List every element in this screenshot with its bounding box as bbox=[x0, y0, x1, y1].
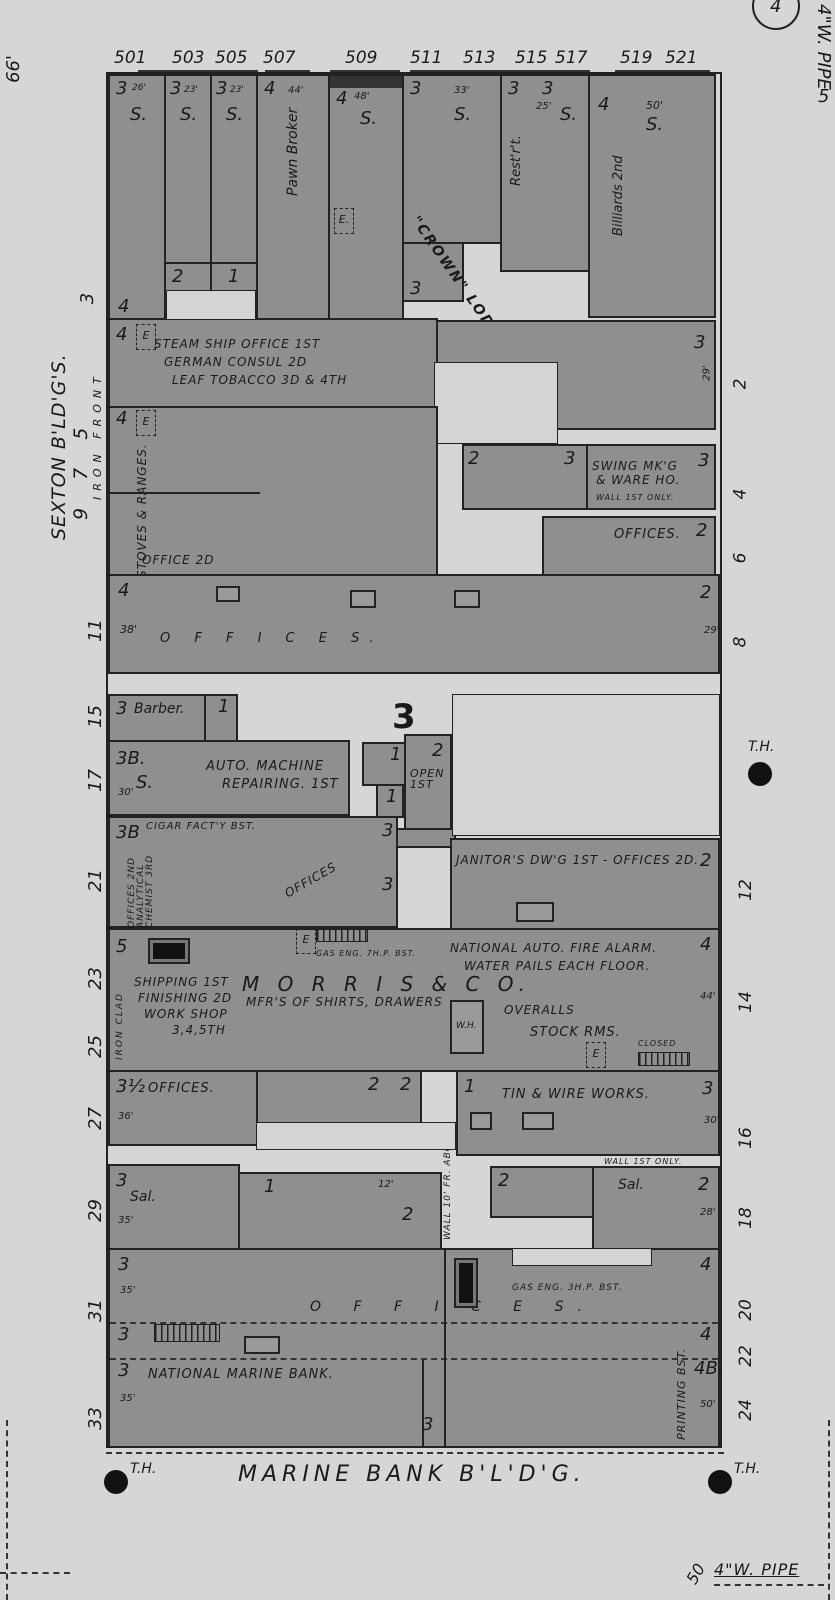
address-507: 507 bbox=[263, 48, 295, 68]
side-number-20: 20 bbox=[736, 1299, 756, 1321]
building-501: 3 26' S. 4 bbox=[108, 74, 166, 320]
building-auto-repairing: 3B. 30' S. AUTO. MACHINE REPAIRING. 1ST bbox=[108, 740, 350, 816]
bottom-right-pipe-label: 4"W. PIPE bbox=[714, 1562, 799, 1578]
iron-front-note: IRON FRONT bbox=[92, 371, 103, 500]
side-number-16: 16 bbox=[736, 1127, 756, 1149]
building-515-restaurant: 3 3 25' S. Rest'r't. bbox=[500, 74, 590, 272]
building-rear-2: 2 bbox=[490, 1166, 594, 1218]
building-offices-27: 3½ OFFICES. 36' bbox=[108, 1070, 258, 1146]
building-morris-and-co: 5 IRON CLAD SHIPPING 1ST FINISHING 2D WO… bbox=[108, 928, 720, 1072]
hydrant-bottom-left bbox=[104, 1470, 128, 1494]
building-tin-wire-works: 1 TIN & WIRE WORKS. 3 30' bbox=[456, 1070, 720, 1156]
right-margin-pipe bbox=[828, 1420, 830, 1600]
courtyard-passage-27 bbox=[256, 1122, 456, 1150]
building-saloon-left: 3 Sal. 35' bbox=[108, 1164, 240, 1250]
building-offices-27-rear: 2 2 bbox=[256, 1070, 422, 1124]
address-521: 521 bbox=[665, 48, 697, 68]
address-513: 513 bbox=[463, 48, 495, 68]
building-open: 2 OPEN 1ST bbox=[404, 734, 452, 834]
side-number-2: 2 bbox=[730, 379, 750, 390]
side-number-11: 11 bbox=[85, 619, 106, 642]
address-509: 509 bbox=[345, 48, 377, 68]
side-number-21: 21 bbox=[85, 869, 106, 892]
building-barber: 3 Barber. bbox=[108, 694, 206, 742]
hydrant-label-bottom-left: T.H. bbox=[130, 1462, 156, 1476]
building-stoves-ranges: 4 E STOVES & RANGES. OFFICE 2D bbox=[108, 406, 438, 576]
bottom-right-dimension: 50 bbox=[684, 1561, 708, 1587]
side-number-3: 3 bbox=[77, 293, 98, 304]
side-number-14: 14 bbox=[736, 991, 756, 1013]
side-number-8: 8 bbox=[730, 637, 750, 648]
side-number-4: 4 bbox=[730, 489, 750, 500]
building-swing-side: 2 3 bbox=[462, 444, 588, 510]
building-saloon-right: Sal. 2 28' bbox=[592, 1166, 720, 1250]
top-left-dimension: 66' bbox=[5, 55, 23, 83]
address-501: 501 bbox=[114, 48, 146, 68]
top-right-pipe-label: 4"W. PIPE bbox=[814, 4, 832, 90]
building-offices-11: 4 38' O F F I C E S. 2 29' bbox=[108, 574, 720, 674]
building-barber-rear: 1 bbox=[204, 694, 238, 742]
wall-first-only-note: WALL 1ST ONLY. bbox=[604, 1158, 682, 1166]
yard-bank-rear bbox=[512, 1248, 652, 1266]
left-street-numbers: 9 7 5 bbox=[72, 428, 91, 520]
building-small-1b: 1 bbox=[376, 784, 404, 818]
building-saloon-mid: 1 12' 2 bbox=[238, 1172, 442, 1250]
bottom-left-pipe-line bbox=[0, 1572, 70, 1574]
side-number-12: 12 bbox=[736, 879, 756, 901]
side-number-25: 25 bbox=[85, 1035, 106, 1058]
building-cigar-rear bbox=[396, 828, 456, 848]
bottom-sidewalk-line bbox=[106, 1452, 724, 1454]
address-511: 511 bbox=[410, 48, 442, 68]
left-street-name: SEXTON B'LD'G'S. bbox=[50, 353, 69, 540]
building-507-pawn-broker: 4 44' Pawn Broker bbox=[256, 74, 330, 320]
side-number-27: 27 bbox=[85, 1107, 106, 1130]
bottom-street-title: MARINE BANK B'L'D'G. bbox=[238, 1464, 586, 1486]
hydrant-label-right-middle: T.H. bbox=[748, 740, 774, 754]
side-number-33: 33 bbox=[85, 1407, 106, 1430]
building-505-rear: 1 bbox=[210, 262, 258, 292]
side-number-29: 29 bbox=[85, 1199, 106, 1222]
block-number: 3 bbox=[392, 700, 416, 734]
hydrant-right-middle bbox=[748, 762, 772, 786]
side-number-17: 17 bbox=[85, 769, 106, 792]
side-number-18: 18 bbox=[736, 1207, 756, 1229]
bottom-pipe-line bbox=[714, 1584, 824, 1586]
address-505: 505 bbox=[215, 48, 247, 68]
building-offices-6: 2 OFFICES. bbox=[542, 516, 716, 576]
building-swing-making: 3 SWING MK'G & WARE HO. WALL 1ST ONLY. bbox=[586, 444, 716, 510]
address-515: 515 bbox=[515, 48, 547, 68]
building-bank-offices: 3 35' 3 3 35' O F F I C E S. NATIONAL MA… bbox=[108, 1248, 720, 1448]
courtyard-lodging bbox=[434, 362, 558, 444]
building-509: 4 48' S. E. bbox=[328, 74, 404, 320]
building-503: 3 23' S. bbox=[164, 74, 212, 264]
building-steamship-office: 4 E STEAM SHIP OFFICE 1ST GERMAN CONSUL … bbox=[108, 318, 438, 408]
hydrant-label-bottom-right: T.H. bbox=[734, 1462, 760, 1476]
side-number-15: 15 bbox=[85, 705, 106, 728]
side-number-22: 22 bbox=[736, 1345, 756, 1367]
address-519: 519 bbox=[620, 48, 652, 68]
building-519-billiards: 4 50' S. Billiards 2nd bbox=[588, 74, 716, 318]
sheet-number: 4 bbox=[770, 0, 781, 16]
building-janitor: JANITOR'S DW'G 1ST - OFFICES 2D. 2 bbox=[450, 838, 720, 930]
building-505: 3 23' S. bbox=[210, 74, 258, 264]
building-small-1: 1 bbox=[362, 742, 406, 786]
side-number-23: 23 bbox=[85, 967, 106, 990]
building-cigar-factory: 3B CIGAR FACT'Y BST. OFFICES OFFICES 2ND… bbox=[108, 816, 398, 928]
courtyard-block-middle bbox=[452, 694, 720, 836]
side-number-31: 31 bbox=[85, 1299, 106, 1322]
left-margin-pipe bbox=[6, 1420, 8, 1600]
side-number-24: 24 bbox=[736, 1399, 756, 1421]
courtyard-upper-left bbox=[166, 290, 256, 320]
address-517: 517 bbox=[555, 48, 587, 68]
hydrant-bottom-right bbox=[708, 1470, 732, 1494]
top-right-number: 5 bbox=[818, 88, 829, 106]
address-503: 503 bbox=[172, 48, 204, 68]
side-number-6: 6 bbox=[730, 553, 750, 564]
building-503-rear: 2 bbox=[164, 262, 212, 292]
